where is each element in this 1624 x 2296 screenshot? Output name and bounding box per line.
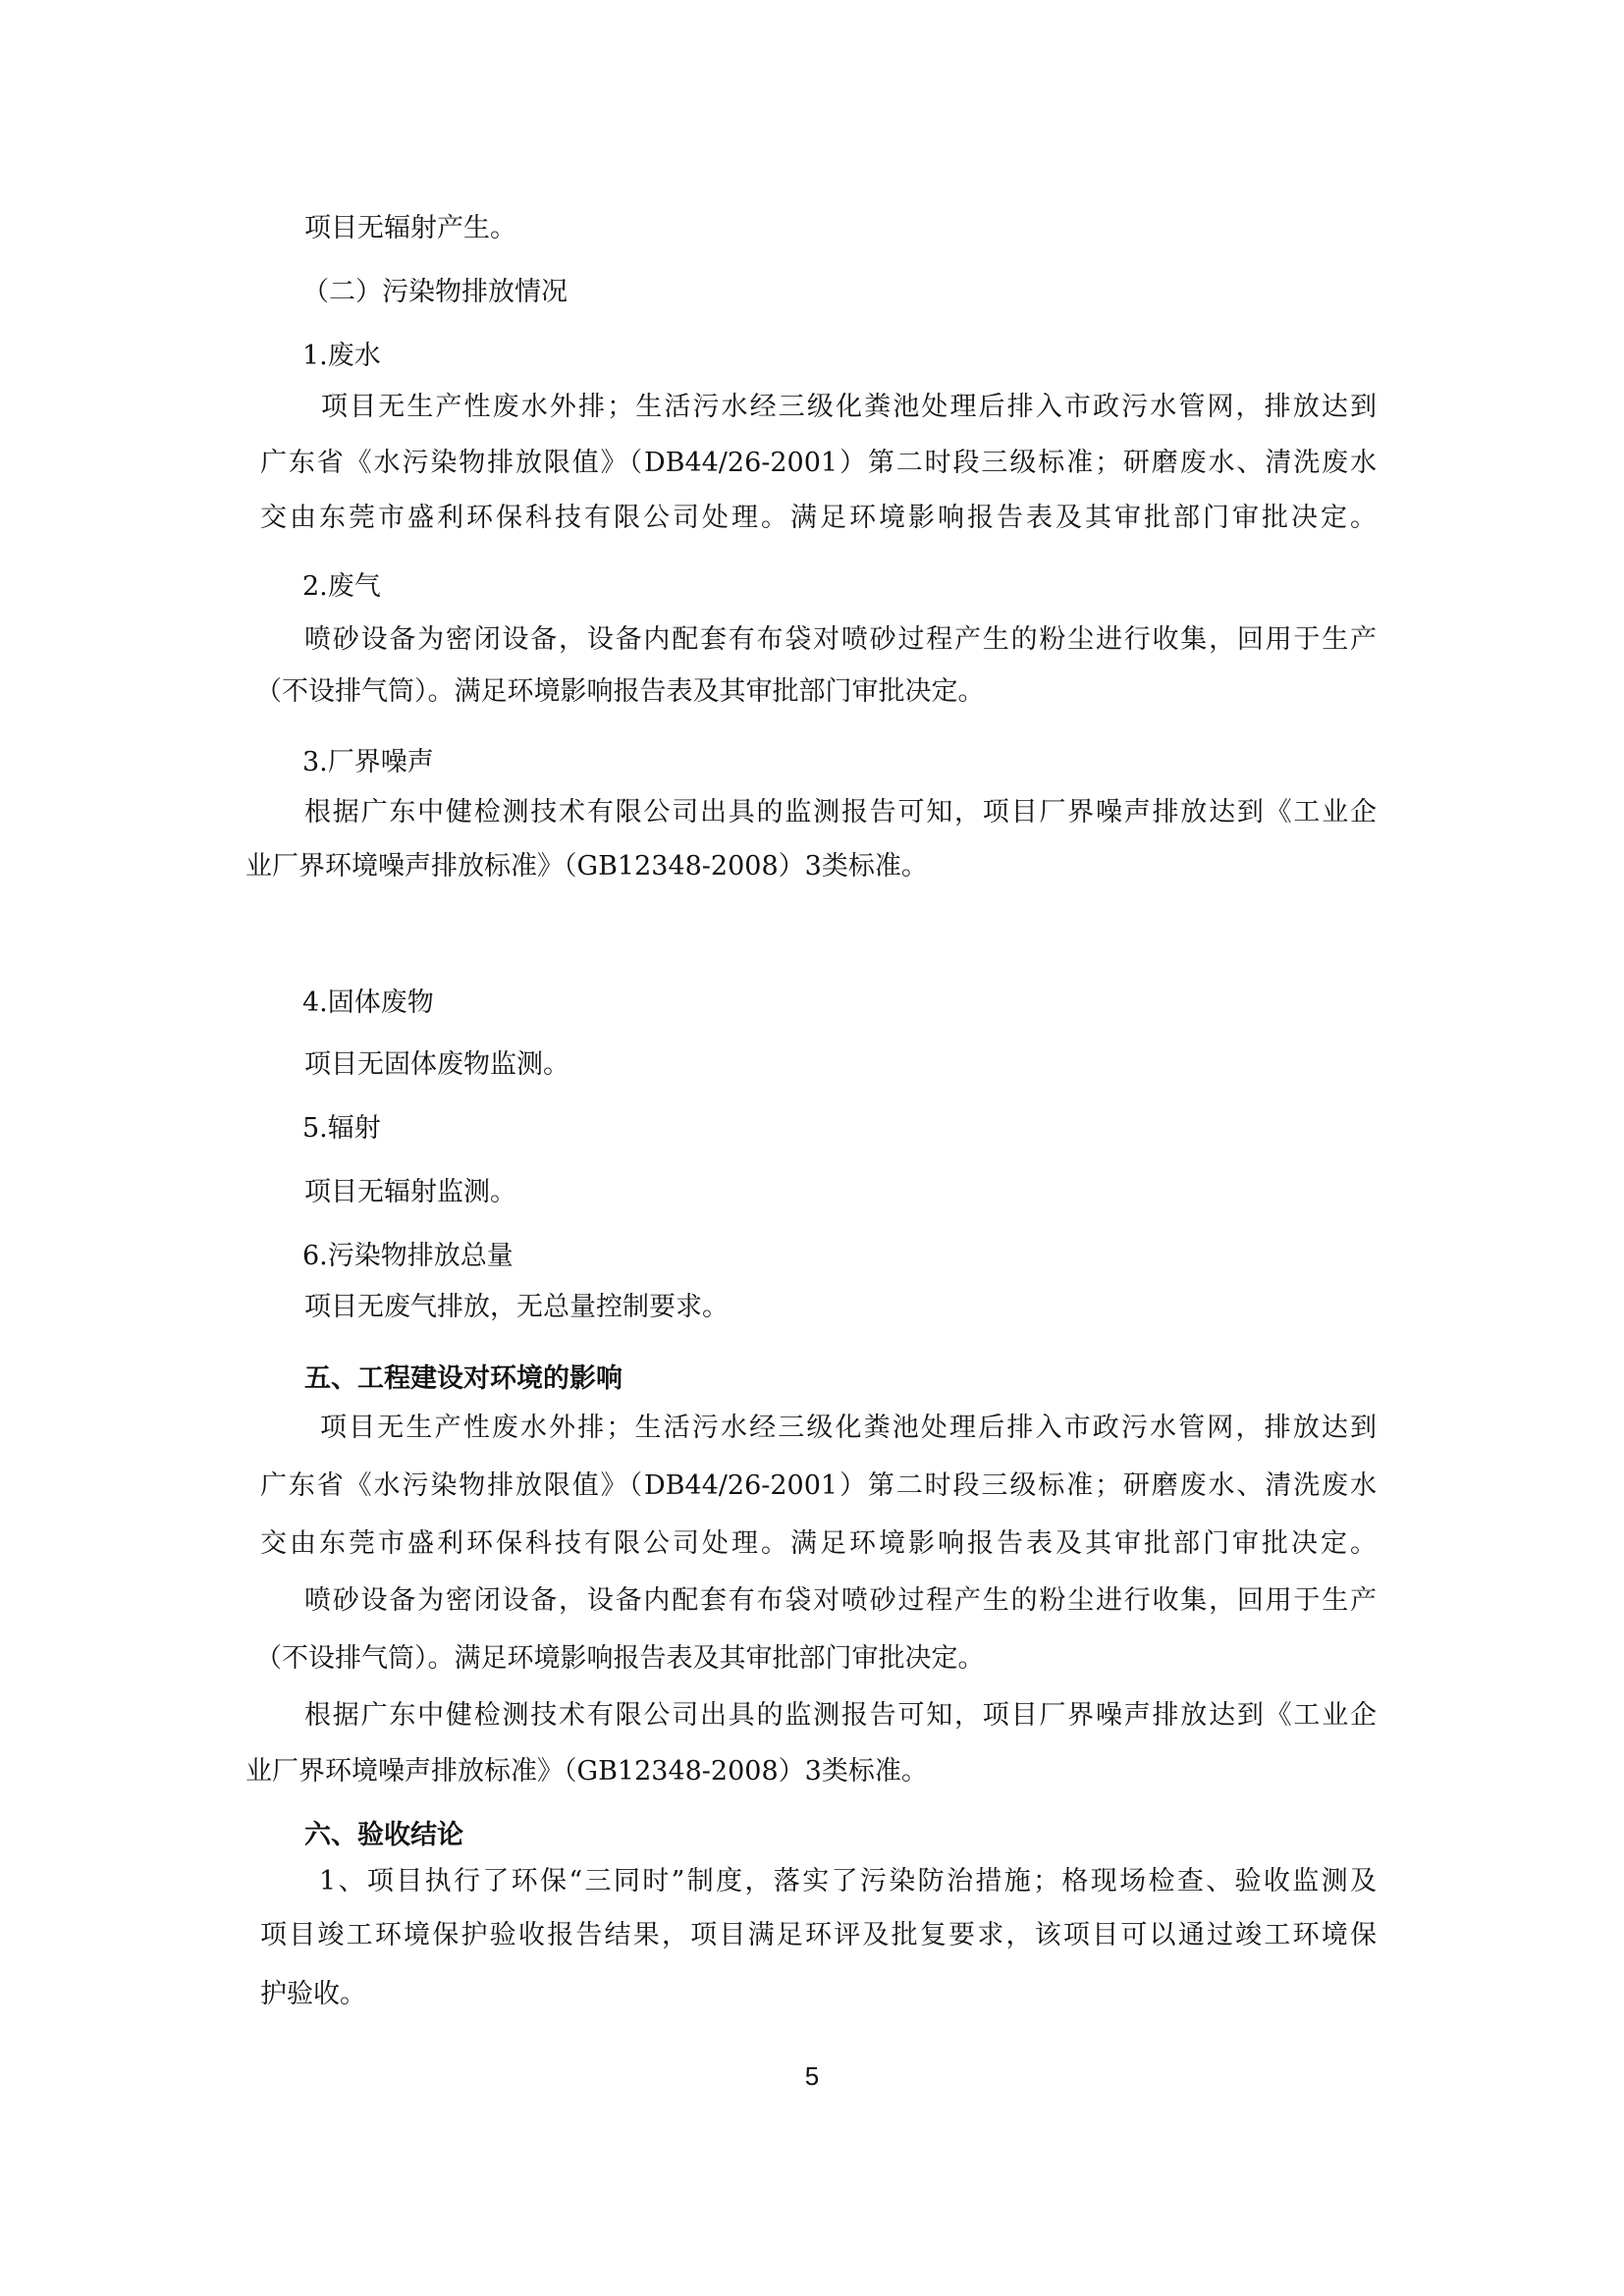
noise-paragraph-line: 根据广东中健检测技术有限公司出具的监测报告可知，项目厂界噪声排放达到《工业企: [304, 795, 1377, 830]
subsection-title-total-emission: 6.污染物排放总量: [302, 1239, 514, 1274]
radiation-paragraph: 项目无辐射监测。: [304, 1175, 516, 1210]
impact-paragraph-line: 喷砂设备为密闭设备，设备内配套有布袋对喷砂过程产生的粉尘进行收集，回用于生产: [304, 1583, 1377, 1619]
solid-waste-paragraph: 项目无固体废物监测。: [304, 1047, 569, 1083]
wastewater-paragraph-line: 广东省《水污染物排放限值》（DB44/26-2001）第二时段三级标准；研磨废水…: [260, 446, 1377, 481]
impact-paragraph-line: 广东省《水污染物排放限值》（DB44/26-2001）第二时段三级标准；研磨废水…: [260, 1468, 1377, 1504]
document-page: 项目无辐射产生。 （二）污染物排放情况 1.废水 项目无生产性废水外排；生活污水…: [0, 0, 1624, 2296]
wastewater-paragraph-line: 交由东莞市盛利环保科技有限公司处理。满足环境影响报告表及其审批部门审批决定。: [260, 501, 1377, 536]
impact-paragraph-line: 项目无生产性废水外排；生活污水经三级化粪池处理后排入市政污水管网，排放达到: [320, 1411, 1377, 1446]
impact-paragraph-line: （不设排气筒）。满足环境影响报告表及其审批部门审批决定。: [255, 1641, 985, 1677]
impact-paragraph-line: 根据广东中健检测技术有限公司出具的监测报告可知，项目厂界噪声排放达到《工业企: [304, 1698, 1377, 1734]
subsection-title-radiation: 5.辐射: [302, 1111, 381, 1147]
section-heading-environmental-impact: 五、工程建设对环境的影响: [304, 1362, 623, 1397]
total-emission-paragraph: 项目无废气排放，无总量控制要求。: [304, 1290, 729, 1325]
impact-paragraph-line: 业厂界环境噪声排放标准》（GB12348-2008）3类标准。: [245, 1754, 928, 1789]
conclusion-paragraph-line: 1、项目执行了环保“三同时”制度，落实了污染防治措施；格现场检查、验收监测及: [319, 1864, 1377, 1899]
wastewater-paragraph-line: 项目无生产性废水外排；生活污水经三级化粪池处理后排入市政污水管网，排放达到: [321, 390, 1377, 425]
impact-paragraph-line: 交由东莞市盛利环保科技有限公司处理。满足环境影响报告表及其审批部门审批决定。: [260, 1526, 1377, 1562]
section-title-pollutant-discharge: （二）污染物排放情况: [302, 275, 568, 310]
section-heading-acceptance-conclusion: 六、验收结论: [304, 1818, 463, 1853]
subsection-title-wastewater: 1.废水: [302, 339, 381, 374]
exhaust-paragraph-line: 喷砂设备为密闭设备，设备内配套有布袋对喷砂过程产生的粉尘进行收集，回用于生产: [304, 622, 1377, 658]
subsection-title-solid-waste: 4.固体废物: [302, 986, 434, 1021]
subsection-title-exhaust: 2.废气: [302, 569, 381, 605]
subsection-title-noise: 3.厂界噪声: [302, 745, 434, 780]
noise-paragraph-line: 业厂界环境噪声排放标准》（GB12348-2008）3类标准。: [245, 849, 928, 884]
page-number: 5: [0, 2061, 1624, 2092]
radiation-note: 项目无辐射产生。: [304, 211, 516, 246]
conclusion-paragraph-line: 项目竣工环境保护验收报告结果，项目满足环评及批复要求，该项目可以通过竣工环境保: [260, 1918, 1377, 1953]
conclusion-paragraph-line: 护验收。: [260, 1977, 366, 2012]
exhaust-paragraph-line: （不设排气筒）。满足环境影响报告表及其审批部门审批决定。: [255, 674, 985, 710]
